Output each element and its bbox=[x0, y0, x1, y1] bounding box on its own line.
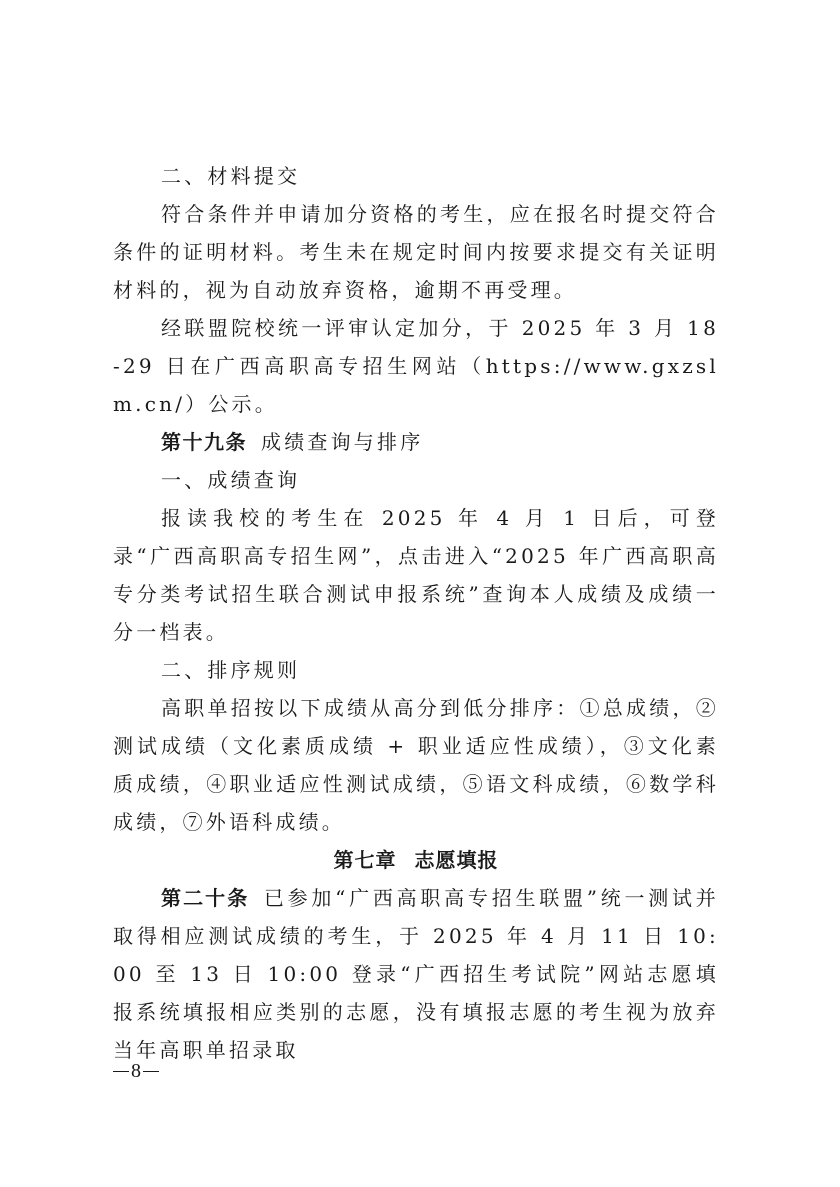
page-number: 8 bbox=[129, 1060, 143, 1083]
subsection-heading-score-query: 一、成绩查询 bbox=[113, 461, 719, 499]
chapter-7-label: 第七章 bbox=[334, 848, 397, 872]
article-20-label: 第二十条 bbox=[161, 886, 249, 910]
article-19-heading: 第十九条成绩查询与排序 bbox=[113, 423, 719, 461]
subsection-heading-ranking-rules: 二、排序规则 bbox=[113, 651, 719, 689]
section-heading-materials: 二、材料提交 bbox=[113, 157, 719, 195]
paragraph-score-query: 报读我校的考生在 2025 年 4 月 1 日后，可登录“广西高职高专招生网”，… bbox=[113, 499, 719, 651]
chapter-7-title: 志愿填报 bbox=[415, 848, 499, 872]
article-20-text: 已参加“广西高职高专招生联盟”统一测试并取得相应测试成绩的考生，于 2025 年… bbox=[113, 886, 719, 1062]
article-19-label: 第十九条 bbox=[161, 430, 247, 454]
footer-dash-right bbox=[143, 1071, 159, 1072]
article-20-paragraph: 第二十条已参加“广西高职高专招生联盟”统一测试并取得相应测试成绩的考生，于 20… bbox=[113, 879, 719, 1069]
chapter-7-heading: 第七章志愿填报 bbox=[113, 841, 719, 879]
paragraph-materials-publicity: 经联盟院校统一评审认定加分，于 2025 年 3 月 18-29 日在广西高职高… bbox=[113, 309, 719, 423]
paragraph-ranking-rules: 高职单招按以下成绩从高分到低分排序：①总成绩，②测试成绩（文化素质成绩 + 职业… bbox=[113, 689, 719, 841]
paragraph-materials-requirement: 符合条件并申请加分资格的考生，应在报名时提交符合条件的证明材料。考生未在规定时间… bbox=[113, 195, 719, 309]
page-footer: 8 bbox=[113, 1060, 159, 1083]
article-19-title: 成绩查询与排序 bbox=[261, 430, 423, 454]
document-page: 二、材料提交 符合条件并申请加分资格的考生，应在报名时提交符合条件的证明材料。考… bbox=[113, 157, 719, 1069]
footer-dash-left bbox=[113, 1071, 129, 1072]
